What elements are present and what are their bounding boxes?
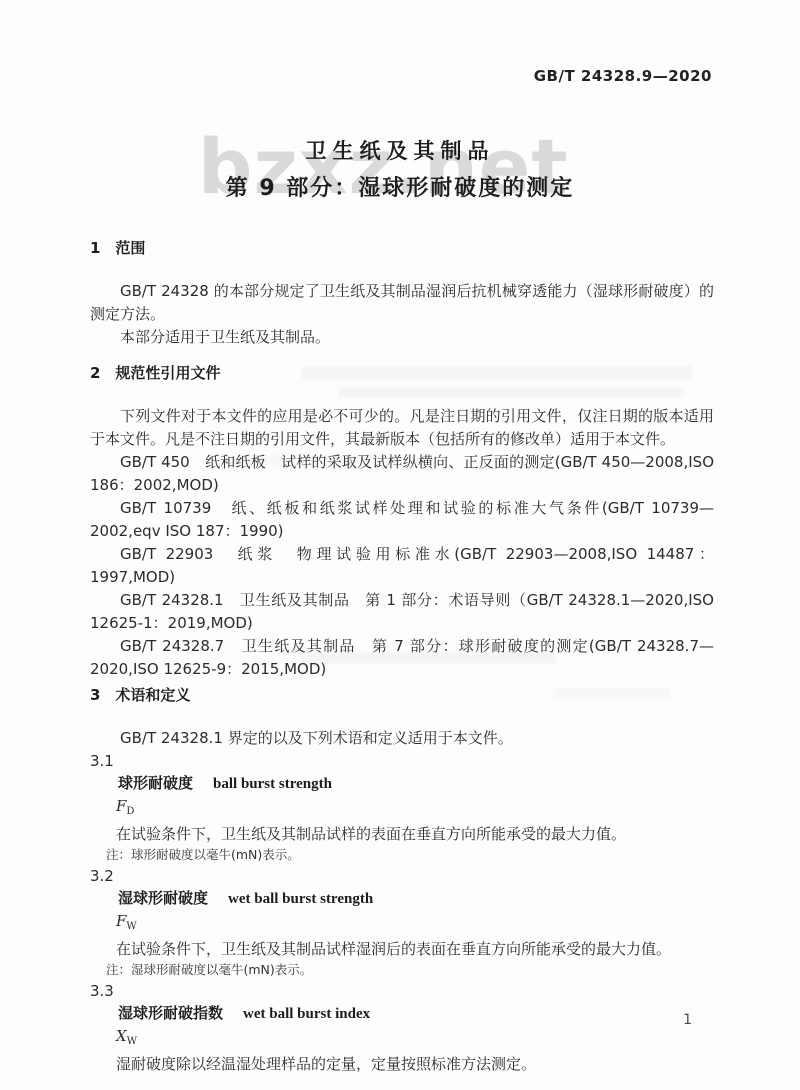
term-number: 3.3 <box>90 980 714 1002</box>
term-name: 球形耐破度ball burst strength <box>90 772 714 795</box>
document-page: GB/T 24328.9—2020 bzxz.net 卫生纸及其制品 第 9 部… <box>0 0 800 1090</box>
term-symbol: FW <box>90 910 714 938</box>
document-body: 1 范围 GB/T 24328 的本部分规定了卫生纸及其制品湿润后抗机械穿透能力… <box>0 240 800 1075</box>
symbol-subscript: D <box>126 806 134 817</box>
document-title-line2: 第 9 部分：湿球形耐破度的测定 <box>0 176 800 202</box>
term-definition: 在试验条件下，卫生纸及其制品试样的表面在垂直方向所能承受的最大力值。 <box>90 823 714 845</box>
term-note: 注：湿球形耐破度以毫牛(mN)表示。 <box>90 960 714 980</box>
term-name-zh: 湿球形耐破指数 <box>118 1004 223 1022</box>
symbol-letter: X <box>116 1027 127 1045</box>
scope-applicability-paragraph: 本部分适用于卫生纸及其制品。 <box>90 326 714 349</box>
term-note: 注：球形耐破度以毫牛(mN)表示。 <box>90 845 714 865</box>
title-block: bzxz.net 卫生纸及其制品 第 9 部分：湿球形耐破度的测定 <box>0 139 800 202</box>
reference-item: GB/T 450 纸和纸板 试样的采取及试样纵横向、正反面的测定(GB/T 45… <box>90 451 714 497</box>
symbol-subscript: W <box>126 921 136 932</box>
term-symbol: FD <box>90 795 714 823</box>
term-entry-ball-burst-strength: 3.1 球形耐破度ball burst strength FD 在试验条件下，卫… <box>90 750 714 865</box>
reference-item: GB/T 22903 纸浆 物理试验用标准水(GB/T 22903—2008,I… <box>90 543 714 589</box>
term-definition: 在试验条件下，卫生纸及其制品试样湿润后的表面在垂直方向所能承受的最大力值。 <box>90 938 714 960</box>
reference-item: GB/T 24328.1 卫生纸及其制品 第 1 部分：术语导则（GB/T 24… <box>90 589 714 635</box>
document-header: GB/T 24328.9—2020 <box>0 0 800 85</box>
term-entry-wet-ball-burst-strength: 3.2 湿球形耐破度wet ball burst strength FW 在试验… <box>90 865 714 980</box>
term-name: 湿球形耐破指数wet ball burst index <box>90 1002 714 1025</box>
term-symbol: XW <box>90 1025 714 1053</box>
term-name-zh: 湿球形耐破度 <box>118 889 208 907</box>
symbol-letter: F <box>116 797 126 815</box>
term-number: 3.1 <box>90 750 714 772</box>
section-heading-scope: 1 范围 <box>90 240 714 256</box>
term-definition: 湿耐破度除以经温湿处理样品的定量，定量按照标准方法测定。 <box>90 1053 714 1075</box>
term-name-zh: 球形耐破度 <box>118 774 193 792</box>
term-entry-wet-ball-burst-index: 3.3 湿球形耐破指数wet ball burst index XW 湿耐破度除… <box>90 980 714 1075</box>
reference-item: GB/T 24328.7 卫生纸及其制品 第 7 部分：球形耐破度的测定(GB/… <box>90 635 714 681</box>
term-name-en: wet ball burst index <box>243 1006 370 1022</box>
term-name-en: wet ball burst strength <box>228 891 373 907</box>
section-heading-terms: 3 术语和定义 <box>90 687 714 703</box>
symbol-subscript: W <box>127 1036 137 1047</box>
term-name-en: ball burst strength <box>213 776 332 792</box>
terms-intro-paragraph: GB/T 24328.1 界定的以及下列术语和定义适用于本文件。 <box>90 727 714 750</box>
symbol-letter: F <box>116 912 126 930</box>
standard-number: GB/T 24328.9—2020 <box>534 67 712 85</box>
section-heading-references: 2 规范性引用文件 <box>90 365 714 381</box>
document-title-line1: 卫生纸及其制品 <box>0 139 800 164</box>
scope-paragraph: GB/T 24328 的本部分规定了卫生纸及其制品湿润后抗机械穿透能力（湿球形耐… <box>90 280 714 326</box>
term-name: 湿球形耐破度wet ball burst strength <box>90 887 714 910</box>
references-intro-paragraph: 下列文件对于本文件的应用是必不可少的。凡是注日期的引用文件，仅注日期的版本适用于… <box>90 405 714 451</box>
reference-item: GB/T 10739 纸、纸板和纸浆试样处理和试验的标准大气条件(GB/T 10… <box>90 497 714 543</box>
term-number: 3.2 <box>90 865 714 887</box>
